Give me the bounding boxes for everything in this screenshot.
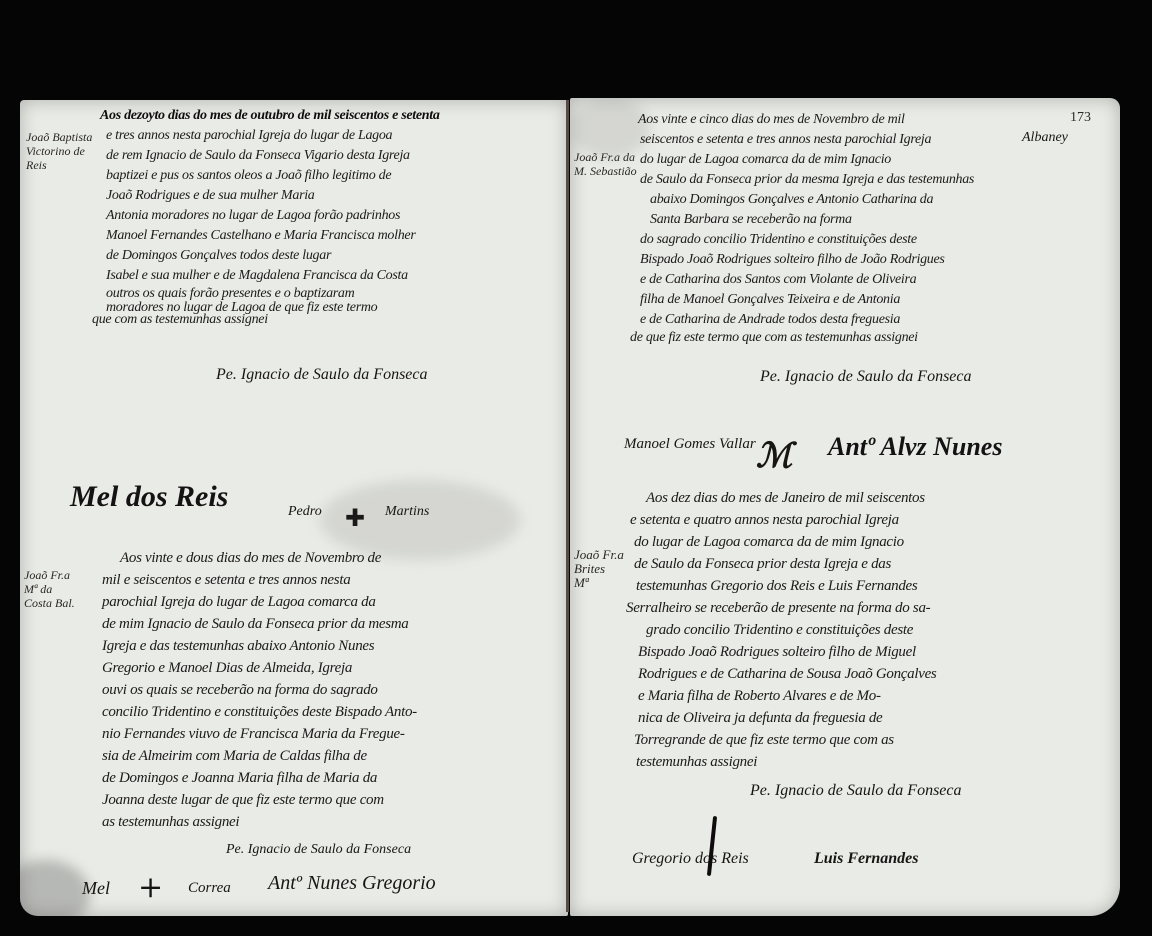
entry-heading-witness: Pedro bbox=[288, 504, 322, 520]
text-line: Bispado Joaõ Rodrigues solteiro filho de… bbox=[638, 644, 916, 661]
text-line: testemunhas assignei bbox=[636, 754, 757, 771]
text-line: Gregorio e Manoel Dias de Almeida, Igrej… bbox=[102, 660, 352, 677]
margin-note-line: Reis bbox=[26, 158, 92, 172]
text-line: Aos dezoyto dias do mes de outubro de mi… bbox=[100, 108, 440, 124]
witness-signature-header: Manoel Gomes Vallar bbox=[624, 436, 756, 453]
text-line: do lugar de Lagoa comarca da de mim Igna… bbox=[634, 534, 904, 551]
margin-note-line: Joaõ Fr.a da bbox=[574, 150, 637, 164]
text-line: do sagrado concilio Tridentino e constit… bbox=[640, 232, 917, 248]
text-line: Santa Barbara se receberão na forma bbox=[650, 212, 852, 228]
text-line: Aos vinte e dous dias do mes de Novembro… bbox=[120, 550, 381, 567]
text-line: Joaõ Rodrigues e de sua mulher Maria bbox=[106, 188, 315, 204]
margin-note-entry1: Joaõ Baptista Victorino de Reis bbox=[26, 130, 92, 172]
margin-note-line: Joaõ Fr.a bbox=[24, 568, 75, 582]
left-page: Joaõ Baptista Victorino de Reis Aos dezo… bbox=[20, 100, 568, 916]
entry-heading-witness: Martins bbox=[385, 504, 429, 520]
text-line: que com as testemunhas assignei bbox=[92, 312, 268, 328]
witness-signature: Antº Nunes Gregorio bbox=[268, 872, 436, 895]
margin-note-entry1: Joaõ Fr.a da M. Sebastião bbox=[574, 150, 637, 178]
text-line: Serralheiro se receberão de presente na … bbox=[626, 600, 930, 617]
text-line: Manoel Fernandes Castelhano e Maria Fran… bbox=[106, 228, 415, 244]
priest-signature: Pe. Ignacio de Saulo da Fonseca bbox=[760, 368, 972, 386]
text-line: e tres annos nesta parochial Igreja do l… bbox=[106, 128, 392, 144]
margin-note-line: M. Sebastião bbox=[574, 164, 637, 178]
text-line: e setenta e quatro annos nesta parochial… bbox=[630, 512, 899, 529]
text-line: Igreja e das testemunhas abaixo Antonio … bbox=[102, 638, 374, 655]
priest-signature: Pe. Ignacio de Saulo da Fonseca bbox=[750, 782, 962, 800]
text-line: Bispado Joaõ Rodrigues solteiro filho de… bbox=[640, 252, 945, 268]
book-gutter bbox=[566, 100, 569, 912]
text-line: Rodrigues e de Catharina de Sousa Joaõ G… bbox=[638, 666, 936, 683]
paper-stain bbox=[570, 98, 650, 158]
flourish-mark: ℳ bbox=[756, 436, 792, 476]
text-line: Isabel e sua mulher e de Magdalena Franc… bbox=[106, 268, 408, 284]
text-line: e de Catharina dos Santos com Violante d… bbox=[640, 272, 916, 288]
text-line: ouvi os quais se receberão na forma do s… bbox=[102, 682, 378, 699]
text-line: concilio Tridentino e constituições dest… bbox=[102, 704, 417, 721]
text-line: Joanna deste lugar de que fiz este termo… bbox=[102, 792, 384, 809]
text-line: nica de Oliveira ja defunta da freguesia… bbox=[638, 710, 882, 727]
witness-signature: Luis Fernandes bbox=[814, 850, 918, 868]
margin-note-entry2: Joaõ Fr.a Brites Mª bbox=[574, 548, 624, 590]
entry-heading-groom: Mel dos Reis bbox=[70, 480, 228, 514]
text-line: de que fiz este termo que com as testemu… bbox=[630, 330, 918, 346]
margin-note-line: Joaõ Baptista bbox=[26, 130, 92, 144]
text-line: grado concilio Tridentino e constituiçõe… bbox=[646, 622, 913, 639]
text-line: Aos vinte e cinco dias do mes de Novembr… bbox=[638, 112, 905, 128]
text-line: de Saulo da Fonseca prior da mesma Igrej… bbox=[640, 172, 974, 188]
entry-heading-groom: Antº Alvz Nunes bbox=[828, 432, 1002, 462]
text-line: as testemunhas assignei bbox=[102, 814, 239, 831]
text-line: abaixo Domingos Gonçalves e Antonio Cath… bbox=[650, 192, 933, 208]
text-line: de Saulo da Fonseca prior desta Igreja e… bbox=[634, 556, 891, 573]
page-number: 173 bbox=[1070, 110, 1091, 126]
priest-signature: Pe. Ignacio de Saulo da Fonseca bbox=[216, 366, 428, 384]
margin-note-line: Joaõ Fr.a bbox=[574, 548, 624, 562]
margin-note-top: Albaney bbox=[1022, 130, 1068, 146]
text-line: seiscentos e setenta e tres annos nesta … bbox=[640, 132, 931, 148]
text-line: e Maria filha de Roberto Alvares e de Mo… bbox=[638, 688, 881, 705]
text-line: baptizei e pus os santos oleos a Joaõ fi… bbox=[106, 168, 391, 184]
text-line: de Domingos Gonçalves todos deste lugar bbox=[106, 248, 331, 264]
cross-mark-icon: ✚ bbox=[345, 504, 365, 532]
priest-signature: Pe. Ignacio de Saulo da Fonseca bbox=[226, 842, 411, 858]
text-line: de rem Ignacio de Saulo da Fonseca Vigar… bbox=[106, 148, 410, 164]
right-page: 173 Albaney Joaõ Fr.a da M. Sebastião Ao… bbox=[570, 98, 1120, 916]
margin-note-line: Costa Bal. bbox=[24, 596, 75, 610]
paper-damage bbox=[20, 860, 90, 916]
text-line: filha de Manoel Gonçalves Teixeira e de … bbox=[640, 292, 900, 308]
text-line: nio Fernandes viuvo de Francisca Maria d… bbox=[102, 726, 405, 743]
text-line: de Domingos e Joanna Maria filha de Mari… bbox=[102, 770, 377, 787]
text-line: de mim Ignacio de Saulo da Fonseca prior… bbox=[102, 616, 409, 633]
text-line: Antonia moradores no lugar de Lagoa forã… bbox=[106, 208, 400, 224]
text-line: do lugar de Lagoa comarca da de mim Igna… bbox=[640, 152, 891, 168]
margin-note-line: Brites bbox=[574, 562, 624, 576]
text-line: mil e seiscentos e setenta e tres annos … bbox=[102, 572, 350, 589]
witness-signature: Mel bbox=[82, 878, 110, 899]
text-line: sia de Almeirim com Maria de Caldas filh… bbox=[102, 748, 367, 765]
cross-mark-icon: + bbox=[138, 870, 163, 905]
text-line: Aos dez dias do mes de Janeiro de mil se… bbox=[646, 490, 925, 507]
text-line: parochial Igreja do lugar de Lagoa comar… bbox=[102, 594, 376, 611]
text-line: testemunhas Gregorio dos Reis e Luis Fer… bbox=[636, 578, 917, 595]
margin-note-line: Victorino de bbox=[26, 144, 92, 158]
margin-note-line: Mª da bbox=[24, 582, 75, 596]
margin-note-entry2: Joaõ Fr.a Mª da Costa Bal. bbox=[24, 568, 75, 610]
witness-signature: Gregorio dos Reis bbox=[632, 850, 749, 868]
witness-signature: Correa bbox=[188, 880, 231, 897]
text-line: Torregrande de que fiz este termo que co… bbox=[634, 732, 894, 749]
margin-note-line: Mª bbox=[574, 576, 624, 590]
text-line: e de Catharina de Andrade todos desta fr… bbox=[640, 312, 900, 328]
